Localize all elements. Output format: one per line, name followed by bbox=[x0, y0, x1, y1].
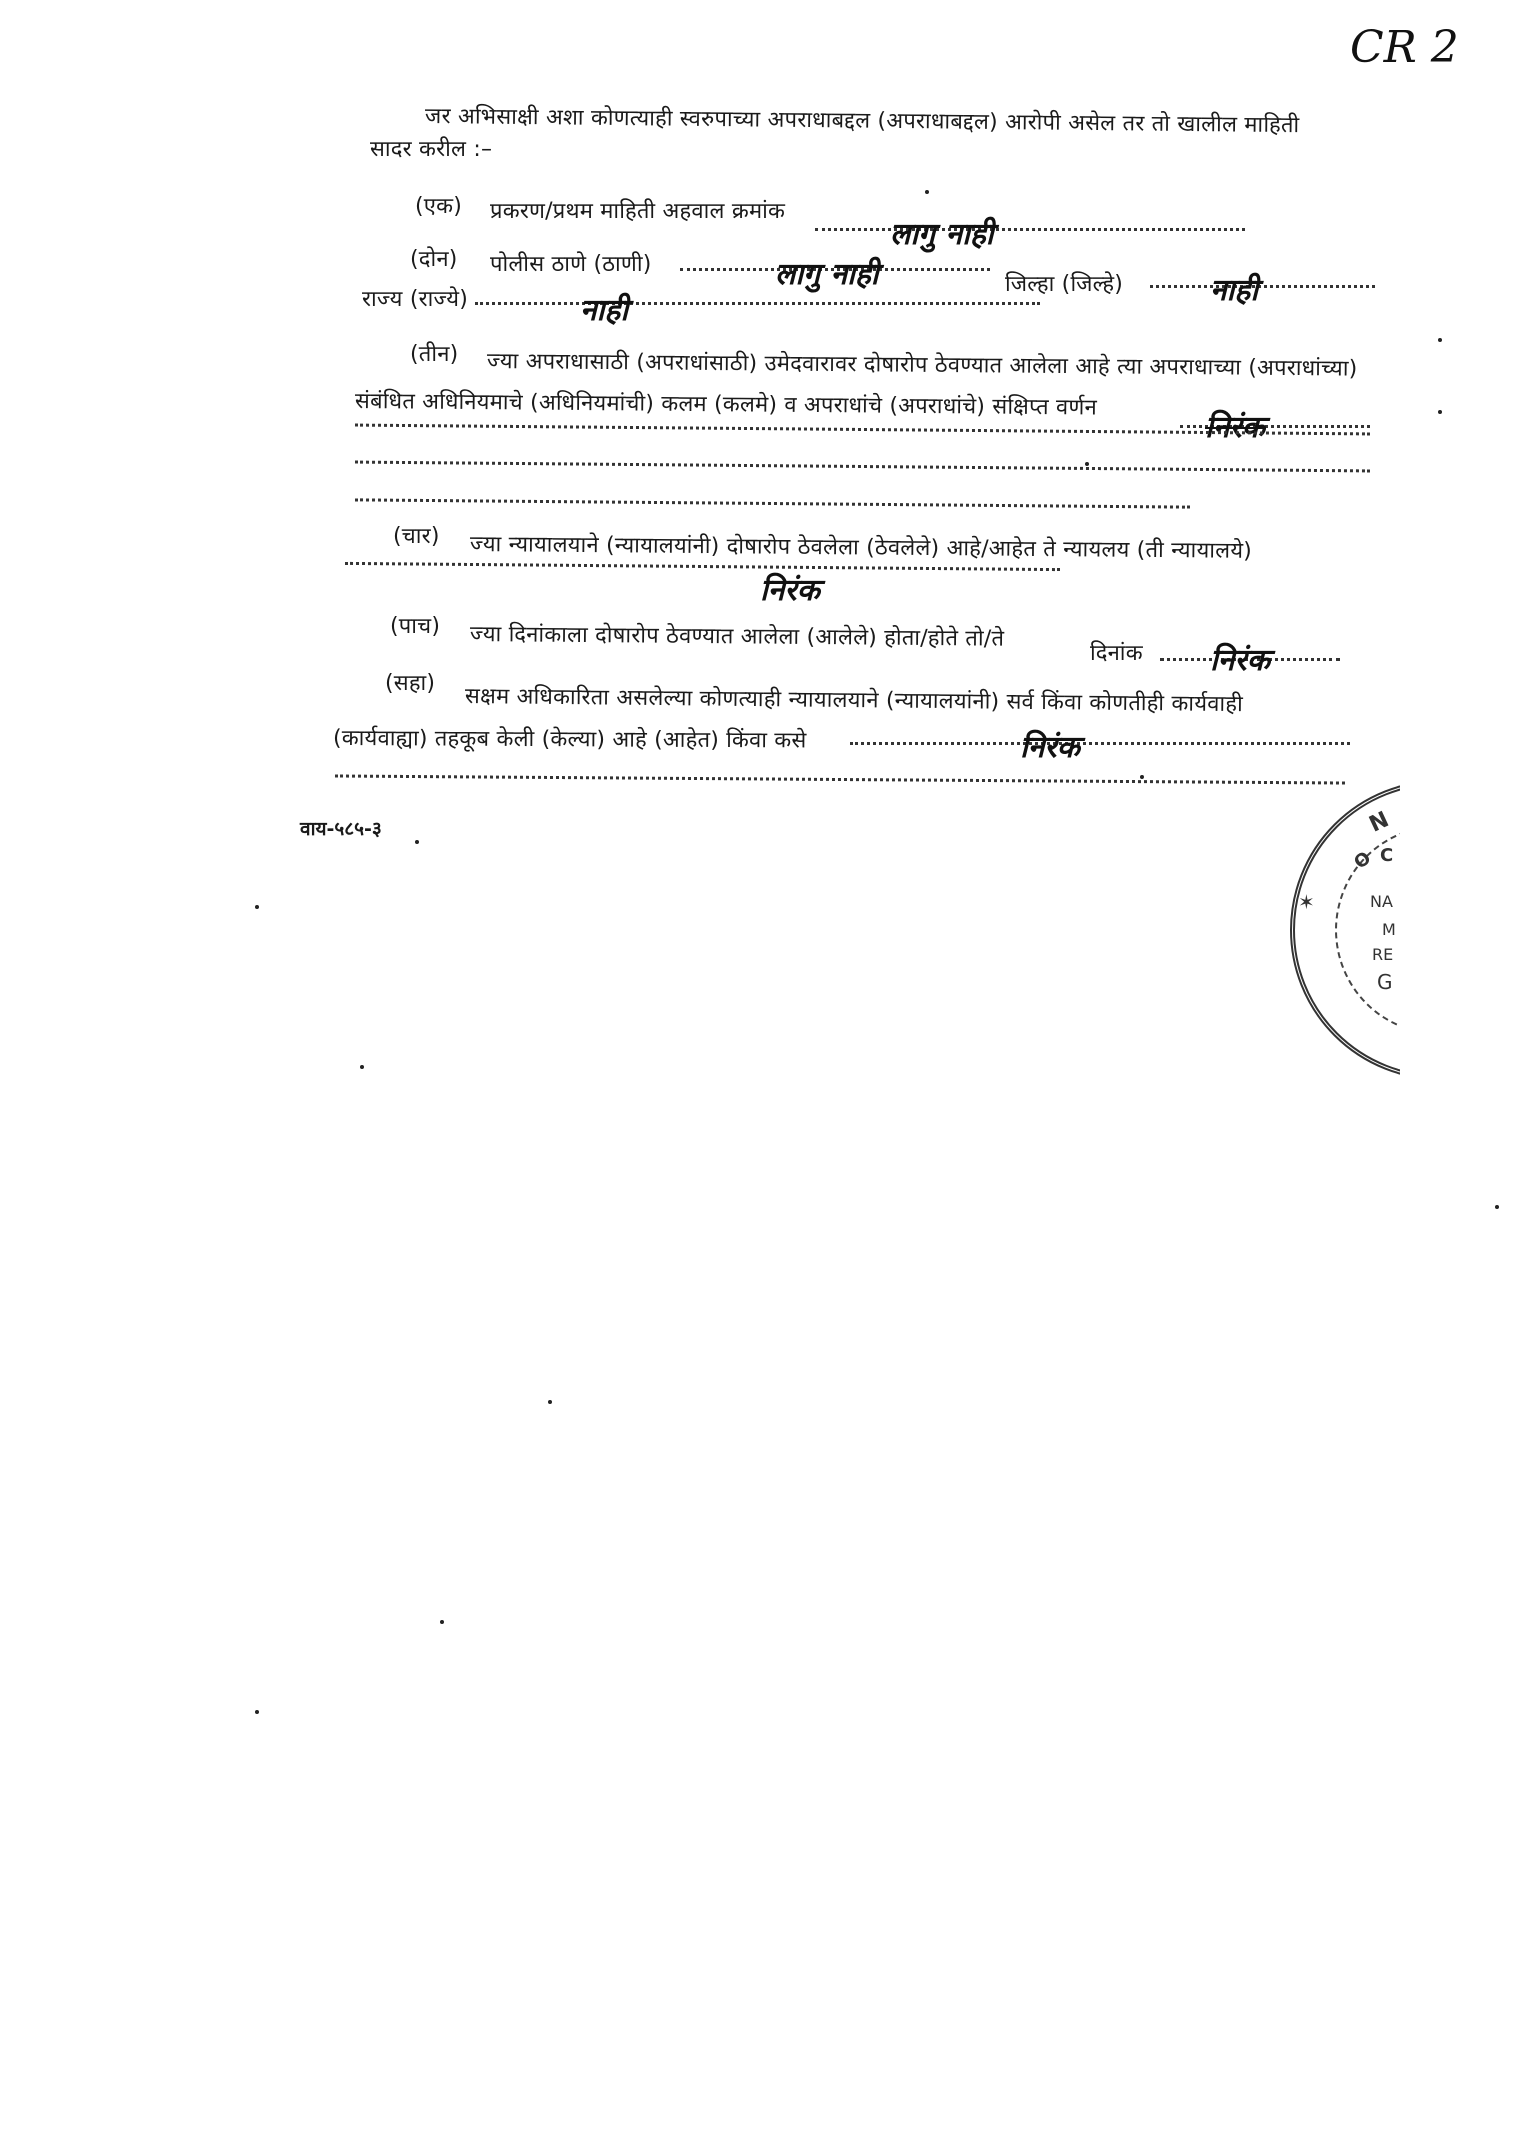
handwritten-answer: निरंक bbox=[1020, 725, 1080, 766]
item-number: (पाच) bbox=[390, 610, 440, 640]
item-label-line-1: ज्या अपराधासाठी (अपराधांसाठी) उमेदवारावर… bbox=[487, 345, 1358, 383]
state-label: राज्य (राज्ये) bbox=[362, 283, 468, 313]
item-number: (सहा) bbox=[385, 667, 435, 697]
stamp-letter: NA bbox=[1370, 892, 1393, 911]
item-label-line-2: संबंधित अधिनियमाचे (अधिनियमांची) कलम (कल… bbox=[355, 385, 1097, 421]
fill-line bbox=[475, 302, 1040, 305]
item-number: (चार) bbox=[393, 520, 440, 550]
scan-speck bbox=[440, 1620, 444, 1624]
date-label: दिनांक bbox=[1090, 637, 1143, 667]
item-label: प्रकरण/प्रथम माहिती अहवाल क्रमांक bbox=[490, 195, 785, 225]
handwritten-answer: निरंक bbox=[760, 568, 820, 609]
item-label-line-1: सक्षम अधिकारिता असलेल्या कोणत्याही न्याय… bbox=[465, 680, 1243, 718]
fill-line bbox=[335, 774, 1345, 784]
handwritten-state-answer: नाही bbox=[580, 288, 628, 329]
scan-speck bbox=[415, 840, 419, 844]
item-number: (एक) bbox=[415, 190, 462, 220]
scan-speck bbox=[1085, 462, 1089, 466]
fill-line bbox=[355, 461, 1370, 473]
handwritten-answer: निरंक bbox=[1205, 405, 1265, 446]
corner-handwritten-mark: CR 2 bbox=[1350, 22, 1459, 73]
item-label: ज्या दिनांकाला दोषारोप ठेवण्यात आलेला (आ… bbox=[470, 618, 1004, 653]
fill-line bbox=[850, 742, 1350, 745]
handwritten-answer: निरंक bbox=[1210, 638, 1270, 679]
item-label-line-2: (कार्यवाह्या) तहकूब केली (केल्या) आहे (आ… bbox=[333, 722, 807, 754]
intro-line-2: सादर करील :– bbox=[370, 133, 492, 163]
scan-speck bbox=[255, 1710, 259, 1714]
handwritten-district-answer: नाही bbox=[1210, 268, 1258, 309]
intro-line-1: जर अभिसाक्षी अशा कोणत्याही स्वरुपाच्या अ… bbox=[425, 100, 1300, 139]
star-icon: ✶ bbox=[1298, 890, 1315, 914]
fill-line bbox=[345, 562, 1060, 571]
stamp-letter: C bbox=[1380, 845, 1393, 866]
fill-line bbox=[355, 498, 1190, 508]
handwritten-answer: लागु नाही bbox=[775, 252, 879, 293]
scan-speck bbox=[548, 1400, 552, 1404]
scan-speck bbox=[925, 190, 929, 194]
item-number: (दोन) bbox=[410, 243, 458, 273]
stamp-letter: RE bbox=[1372, 945, 1393, 964]
form-code: वाय-५८५-३ bbox=[300, 815, 382, 841]
official-stamp: N O C ✶ NA M RE G bbox=[1280, 770, 1400, 1090]
fill-line bbox=[1150, 285, 1375, 288]
scan-speck bbox=[1438, 338, 1442, 342]
scan-speck bbox=[1140, 775, 1144, 779]
fill-line bbox=[815, 228, 1245, 231]
scan-speck bbox=[255, 905, 259, 909]
item-label: पोलीस ठाणे (ठाणी) bbox=[490, 248, 652, 278]
scan-speck bbox=[1438, 410, 1442, 414]
scan-speck bbox=[360, 1065, 364, 1069]
item-label: ज्या न्यायालयाने (न्यायालयांनी) दोषारोप … bbox=[470, 528, 1252, 565]
item-number: (तीन) bbox=[410, 338, 458, 368]
stamp-letter: G bbox=[1377, 970, 1393, 994]
district-label: जिल्हा (जिल्हे) bbox=[1005, 268, 1123, 298]
stamp-letter: M bbox=[1382, 920, 1396, 939]
handwritten-answer: लागु नाही bbox=[890, 212, 994, 253]
scan-speck bbox=[1495, 1205, 1499, 1209]
